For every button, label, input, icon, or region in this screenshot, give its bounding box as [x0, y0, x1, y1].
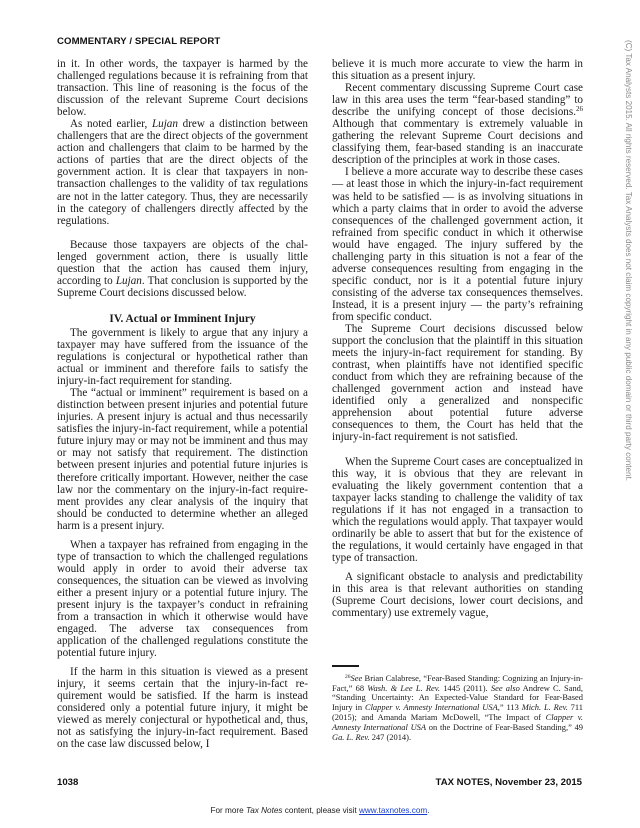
text-run: on the Doctrine of Fear-Based Standing,”…	[426, 722, 583, 732]
text-run: .	[427, 806, 429, 815]
case-name: Lujan	[116, 275, 142, 287]
paragraph: believe it is much more accurate to view…	[332, 58, 583, 82]
left-column: in it. In other words, the taxpayer is h…	[57, 58, 308, 751]
running-head: COMMENTARY / SPECIAL REPORT	[57, 36, 220, 47]
text-run: Recent commentary discussing Supreme Cou…	[332, 82, 583, 118]
text-run: 1445 (2011).	[440, 683, 491, 693]
signal: See	[351, 673, 363, 683]
case-name: Lujan	[152, 118, 178, 130]
publication-date: TAX NOTES, November 23, 2015	[436, 777, 582, 788]
text-run: As noted earlier,	[70, 118, 152, 130]
section-heading: IV. Actual or Imminent Injury	[57, 313, 308, 325]
text-run: For more	[210, 806, 246, 815]
paragraph: Recent commentary discussing Supreme Cou…	[332, 82, 583, 166]
text-run: drew a distinction be­tween challengers …	[57, 118, 308, 226]
paragraph: The government is likely to argue that a…	[57, 327, 308, 387]
paragraph: in it. In other words, the taxpayer is h…	[57, 58, 308, 118]
text-run: Although that commentary is extremely va…	[332, 118, 583, 166]
more-content-line: For more Tax Notes content, please visit…	[0, 806, 640, 815]
paragraph: The Supreme Court decisions discussed be…	[332, 323, 583, 443]
footnote-ref[interactable]: 26	[576, 105, 583, 113]
paragraph: The “actual or imminent” requirement is …	[57, 387, 308, 532]
paragraph: When the Supreme Court cases are concept…	[332, 456, 583, 564]
footnote-rule	[332, 665, 359, 667]
paragraph: If the harm in this situation is viewed …	[57, 666, 308, 750]
publication-name: Tax Notes	[246, 806, 283, 815]
case-name: Clapper v. Amnesty Interna­tional USA	[365, 702, 498, 712]
paragraph: A significant obstacle to analysis and p…	[332, 571, 583, 619]
journal-name: Wash. & Lee L. Rev.	[367, 683, 440, 693]
text-run: 247 (2014).	[370, 732, 411, 742]
text-run: content, please visit	[283, 806, 359, 815]
text-run: ,” 113	[498, 702, 522, 712]
signal: See also	[491, 683, 520, 693]
right-column: believe it is much more accurate to view…	[332, 58, 583, 743]
journal-name: Mich. L. Rev.	[522, 702, 568, 712]
footnote: 26See Brian Calabrese, “Fear-Based Stand…	[332, 674, 583, 743]
journal-name: Ga. L. Rev.	[332, 732, 370, 742]
paragraph: Because those taxpayers are objects of t…	[57, 239, 308, 299]
page-number: 1038	[57, 777, 78, 788]
paragraph: When a taxpayer has refrained from engag…	[57, 539, 308, 659]
taxnotes-link[interactable]: www.taxnotes.com	[359, 806, 427, 815]
paragraph: As noted earlier, Lujan drew a distincti…	[57, 118, 308, 226]
copyright-notice: (C) Tax Analysts 2015. All rights reserv…	[619, 40, 633, 580]
paragraph: I believe a more accurate way to describ…	[332, 166, 583, 323]
